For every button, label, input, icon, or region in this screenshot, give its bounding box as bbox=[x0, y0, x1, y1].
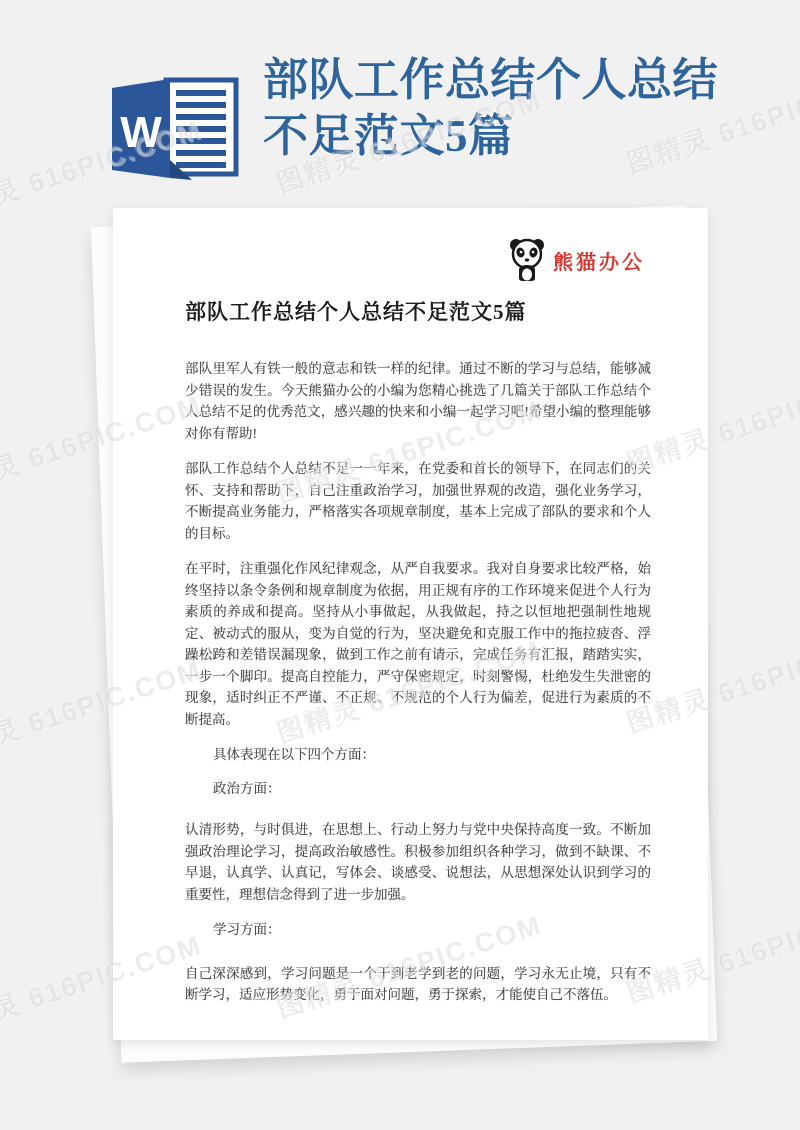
document-title: 部队工作总结个人总结不足范文5篇 bbox=[185, 296, 651, 326]
page-title: 部队工作总结个人总结不足范文5篇 bbox=[263, 52, 738, 165]
paragraph: 在平时，注重强化作风纪律观念，从严自我要求。我对自身要求比较严格，始终坚持以条令… bbox=[185, 558, 651, 730]
paragraph: 自己深深感到，学习问题是一个干到老学到老的问题，学习永无止境，只有不断学习，适应… bbox=[185, 963, 651, 1006]
paragraph-indent: 学习方面： bbox=[185, 919, 651, 941]
paragraph: 部队里军人有铁一般的意志和铁一样的纪律。通过不断的学习与总结，能够减少错误的发生… bbox=[185, 358, 651, 444]
brand-name: 熊猫办公 bbox=[553, 246, 645, 275]
document-page: 熊猫办公 部队工作总结个人总结不足范文5篇 部队里军人有铁一般的意志和铁一样的纪… bbox=[113, 208, 708, 1040]
header: W 部队工作总结个人总结不足范文5篇 bbox=[0, 0, 800, 200]
brand-logo: 熊猫办公 bbox=[185, 236, 651, 284]
paragraph: 认清形势，与时俱进，在思想上、行动上努力与党中央保持高度一致。不断加强政治理论学… bbox=[185, 819, 651, 905]
document-body: 部队里军人有铁一般的意志和铁一样的纪律。通过不断的学习与总结，能够减少错误的发生… bbox=[185, 358, 651, 1006]
panda-logo-icon bbox=[507, 237, 547, 283]
paragraph-indent: 具体表现在以下四个方面： bbox=[185, 744, 651, 766]
word-document-icon: W bbox=[112, 74, 242, 188]
paragraph-indent: 政治方面： bbox=[185, 778, 651, 800]
word-icon-letter: W bbox=[120, 108, 162, 157]
paragraph: 部队工作总结个人总结不足一一年来，在党委和首长的领导下，在同志们的关怀、支持和帮… bbox=[185, 458, 651, 544]
